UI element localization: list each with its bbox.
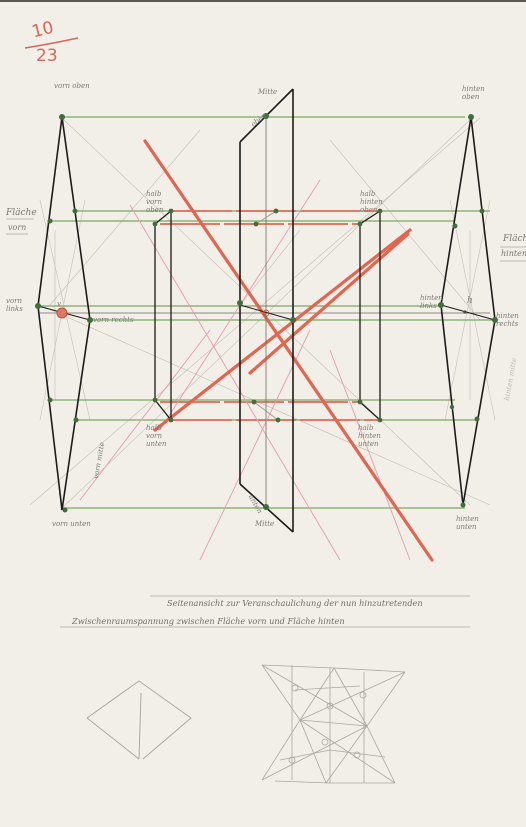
label-halb-hinten-unten: halb hinten unten	[358, 424, 394, 448]
label-halb-vorn-unten: halb vorn unten	[146, 424, 176, 448]
label-vorn-oben: vorn oben	[54, 82, 90, 90]
perspective-construction	[0, 0, 526, 827]
lattice-sketch	[262, 665, 405, 783]
label-flaeche-vorn-1: Fläche	[6, 208, 37, 218]
caption-line-2: Zwischenraumspannung zwischen Fläche vor…	[72, 616, 345, 626]
diamond-sketch	[87, 681, 191, 759]
vanishing-point-front	[57, 308, 67, 318]
half-rear-frame	[360, 211, 380, 420]
label-hinten-links: hinten links	[420, 294, 446, 310]
label-halb-vorn-oben: halb vorn oben	[146, 190, 176, 214]
vanishing-point-rear	[463, 310, 466, 313]
label-hinten-oben: hinten oben	[462, 85, 492, 101]
rear-face-outline	[441, 117, 495, 505]
label-hinten-unten: hinten unten	[456, 515, 486, 531]
label-hinten-rechts: hinten rechts	[496, 312, 524, 328]
middle-plane	[240, 89, 293, 532]
caption-line-1: Seitenansicht zur Veranschaulichung der …	[167, 598, 423, 608]
label-v-mark: v	[57, 300, 61, 308]
label-flaeche-hinten-1: Fläche	[503, 234, 526, 244]
label-halb-hinten-oben: halb hinten oben	[360, 190, 396, 214]
label-vorn-links: vorn links	[6, 297, 32, 313]
label-mitte-bottom: Mitte	[255, 520, 274, 528]
label-text: vorn unten	[52, 520, 91, 528]
drawing-sheet: 10 23	[0, 0, 526, 827]
label-h-mark: h	[467, 297, 473, 305]
label-vorn-rechts: vorn rechts	[93, 316, 134, 324]
label-flaeche-hinten-2: hinten	[501, 249, 526, 258]
label-flaeche-vorn-2: vorn	[8, 223, 26, 232]
half-front-frame	[155, 211, 171, 420]
label-text: vorn oben	[54, 82, 90, 90]
label-vorn-unten: vorn unten	[52, 520, 91, 528]
label-mitte-top: Mitte	[258, 88, 277, 96]
